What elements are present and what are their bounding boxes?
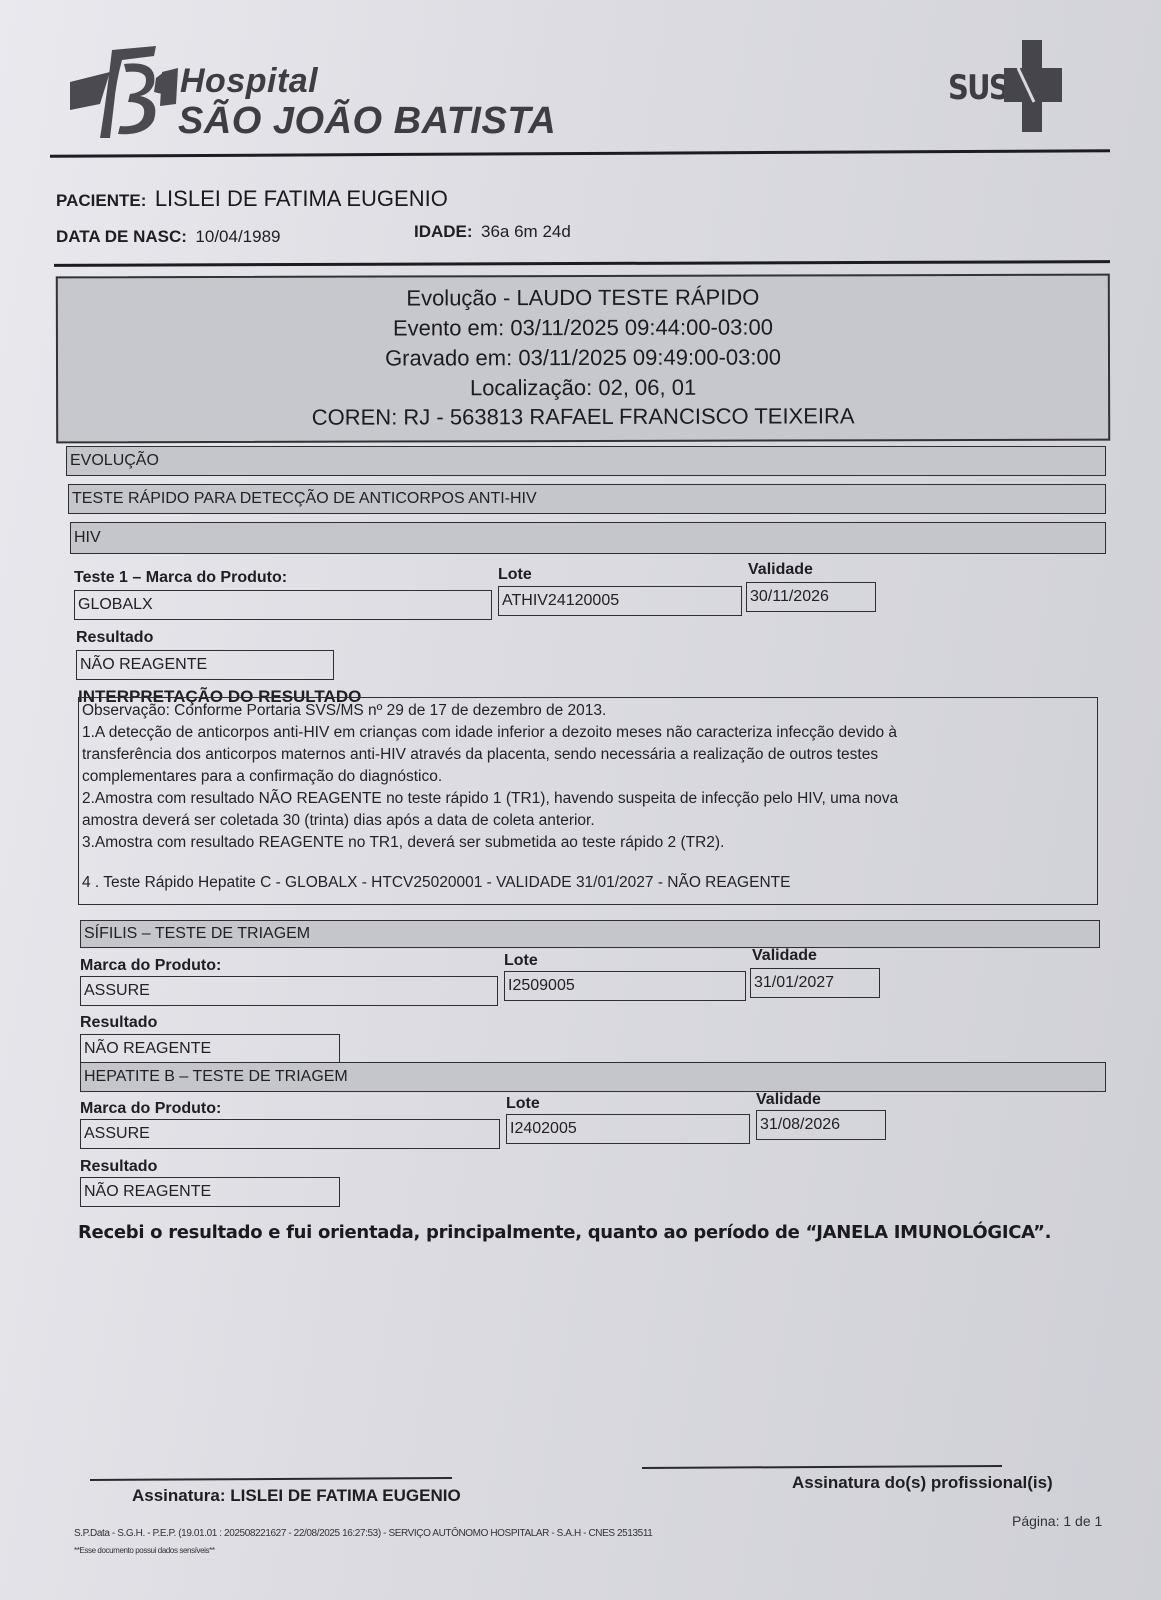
syphilis-lot-label: Lote bbox=[504, 952, 538, 970]
event-datetime: Evento em: 03/11/2025 09:44:00-03:00 bbox=[58, 314, 1108, 343]
section-hepatitis-b: HEPATITE B – TESTE DE TRIAGEM bbox=[80, 1062, 1106, 1092]
hospital-sjb-logo-icon bbox=[70, 42, 180, 142]
patient-name-row: PACIENTE: LISLEI DE FATIMA EUGENIO bbox=[56, 186, 448, 212]
patient-divider bbox=[54, 260, 1110, 267]
interpretation-line: 2.Amostra com resultado NÃO REAGENTE no … bbox=[82, 788, 1094, 810]
footer-sensitive-note: **Esse documento possui dados sensíveis*… bbox=[74, 1546, 215, 1555]
hepb-validity-label: Validade bbox=[756, 1091, 821, 1109]
sus-logo-text: SUS bbox=[948, 68, 1008, 108]
acknowledgement-text: Recebi o resultado e fui orientada, prin… bbox=[78, 1222, 1051, 1243]
syphilis-brand-label: Marca do Produto: bbox=[80, 957, 221, 975]
hiv-validity-field: 30/11/2026 bbox=[746, 582, 876, 612]
hepb-result-field: NÃO REAGENTE bbox=[80, 1177, 340, 1207]
age-label: IDADE: bbox=[414, 222, 473, 241]
hospital-name-line2: SÃO JOÃO BATISTA bbox=[178, 100, 556, 143]
hepb-lot-label: Lote bbox=[506, 1095, 540, 1113]
syphilis-result-label: Resultado bbox=[80, 1014, 157, 1032]
professional-signature-label: Assinatura do(s) profissional(is) bbox=[792, 1473, 1053, 1493]
section-evolucao: EVOLUÇÃO bbox=[66, 446, 1106, 476]
report-title: Evolução - LAUDO TESTE RÁPIDO bbox=[58, 284, 1108, 313]
patient-signature-line bbox=[90, 1477, 452, 1481]
hiv-lot-label: Lote bbox=[498, 566, 532, 584]
age-row: IDADE: 36a 6m 24d bbox=[414, 222, 571, 242]
interpretation-line: complementares para a confirmação do dia… bbox=[82, 766, 1094, 788]
sus-cross-icon bbox=[1004, 40, 1064, 134]
hiv-lot-field: ATHIV24120005 bbox=[498, 586, 742, 616]
section-syphilis: SÍFILIS – TESTE DE TRIAGEM bbox=[80, 920, 1100, 948]
interpretation-line: 1.A detecção de anticorpos anti-HIV em c… bbox=[82, 722, 1094, 744]
patient-name-label: PACIENTE: bbox=[56, 191, 146, 210]
section-hiv: HIV bbox=[70, 522, 1106, 554]
dob-label: DATA DE NASC: bbox=[56, 227, 187, 246]
location: Localização: 02, 06, 01 bbox=[58, 374, 1108, 403]
professional-signature-line bbox=[642, 1465, 1002, 1469]
interpretation-line: Observação: Conforme Portaria SVS/MS nº … bbox=[82, 700, 1094, 722]
hiv-result-label: Resultado bbox=[76, 629, 153, 647]
patient-name: LISLEI DE FATIMA EUGENIO bbox=[155, 186, 448, 211]
hepb-result-label: Resultado bbox=[80, 1158, 157, 1176]
hepatitis-c-line: 4 . Teste Rápido Hepatite C - GLOBALX - … bbox=[82, 872, 1094, 894]
hepb-validity-field: 31/08/2026 bbox=[756, 1110, 886, 1140]
report-header-box: Evolução - LAUDO TESTE RÁPIDO Evento em:… bbox=[56, 274, 1110, 444]
section-hiv-test-title: TESTE RÁPIDO PARA DETECÇÃO DE ANTICORPOS… bbox=[68, 484, 1106, 514]
syphilis-validity-field: 31/01/2027 bbox=[750, 968, 880, 998]
syphilis-lot-field: I2509005 bbox=[504, 971, 746, 1001]
dob-row: DATA DE NASC: 10/04/1989 bbox=[56, 227, 281, 247]
interpretation-line: 3.Amostra com resultado REAGENTE no TR1,… bbox=[82, 832, 1094, 854]
coren-professional: COREN: RJ - 563813 RAFAEL FRANCISCO TEIX… bbox=[58, 403, 1108, 432]
hepb-lot-field: I2402005 bbox=[506, 1114, 750, 1144]
interpretation-line: amostra deverá ser coletada 30 (trinta) … bbox=[82, 810, 1094, 832]
syphilis-validity-label: Validade bbox=[752, 947, 817, 965]
page-number: Página: 1 de 1 bbox=[1012, 1513, 1102, 1529]
hiv-brand-field: GLOBALX bbox=[74, 590, 492, 620]
interpretation-line: transferência dos anticorpos maternos an… bbox=[82, 744, 1094, 766]
hiv-result-field: NÃO REAGENTE bbox=[76, 650, 334, 680]
syphilis-result-field: NÃO REAGENTE bbox=[80, 1034, 340, 1064]
recorded-datetime: Gravado em: 03/11/2025 09:49:00-03:00 bbox=[58, 344, 1108, 373]
age-value: 36a 6m 24d bbox=[481, 222, 571, 241]
hiv-brand-label: Teste 1 – Marca do Produto: bbox=[74, 569, 287, 587]
hepb-brand-label: Marca do Produto: bbox=[80, 1100, 221, 1118]
interpretation-box: Observação: Conforme Portaria SVS/MS nº … bbox=[78, 697, 1098, 905]
hospital-name-line1: Hospital bbox=[180, 62, 318, 101]
syphilis-brand-field: ASSURE bbox=[80, 976, 498, 1006]
hepb-brand-field: ASSURE bbox=[80, 1119, 500, 1149]
patient-signature-label: Assinatura: LISLEI DE FATIMA EUGENIO bbox=[132, 1486, 461, 1506]
footer-system-info: S.P.Data - S.G.H. - P.E.P. (19.01.01 : 2… bbox=[74, 1528, 652, 1539]
header-divider bbox=[50, 149, 1110, 158]
dob-value: 10/04/1989 bbox=[195, 227, 280, 246]
hiv-validity-label: Validade bbox=[748, 561, 813, 579]
